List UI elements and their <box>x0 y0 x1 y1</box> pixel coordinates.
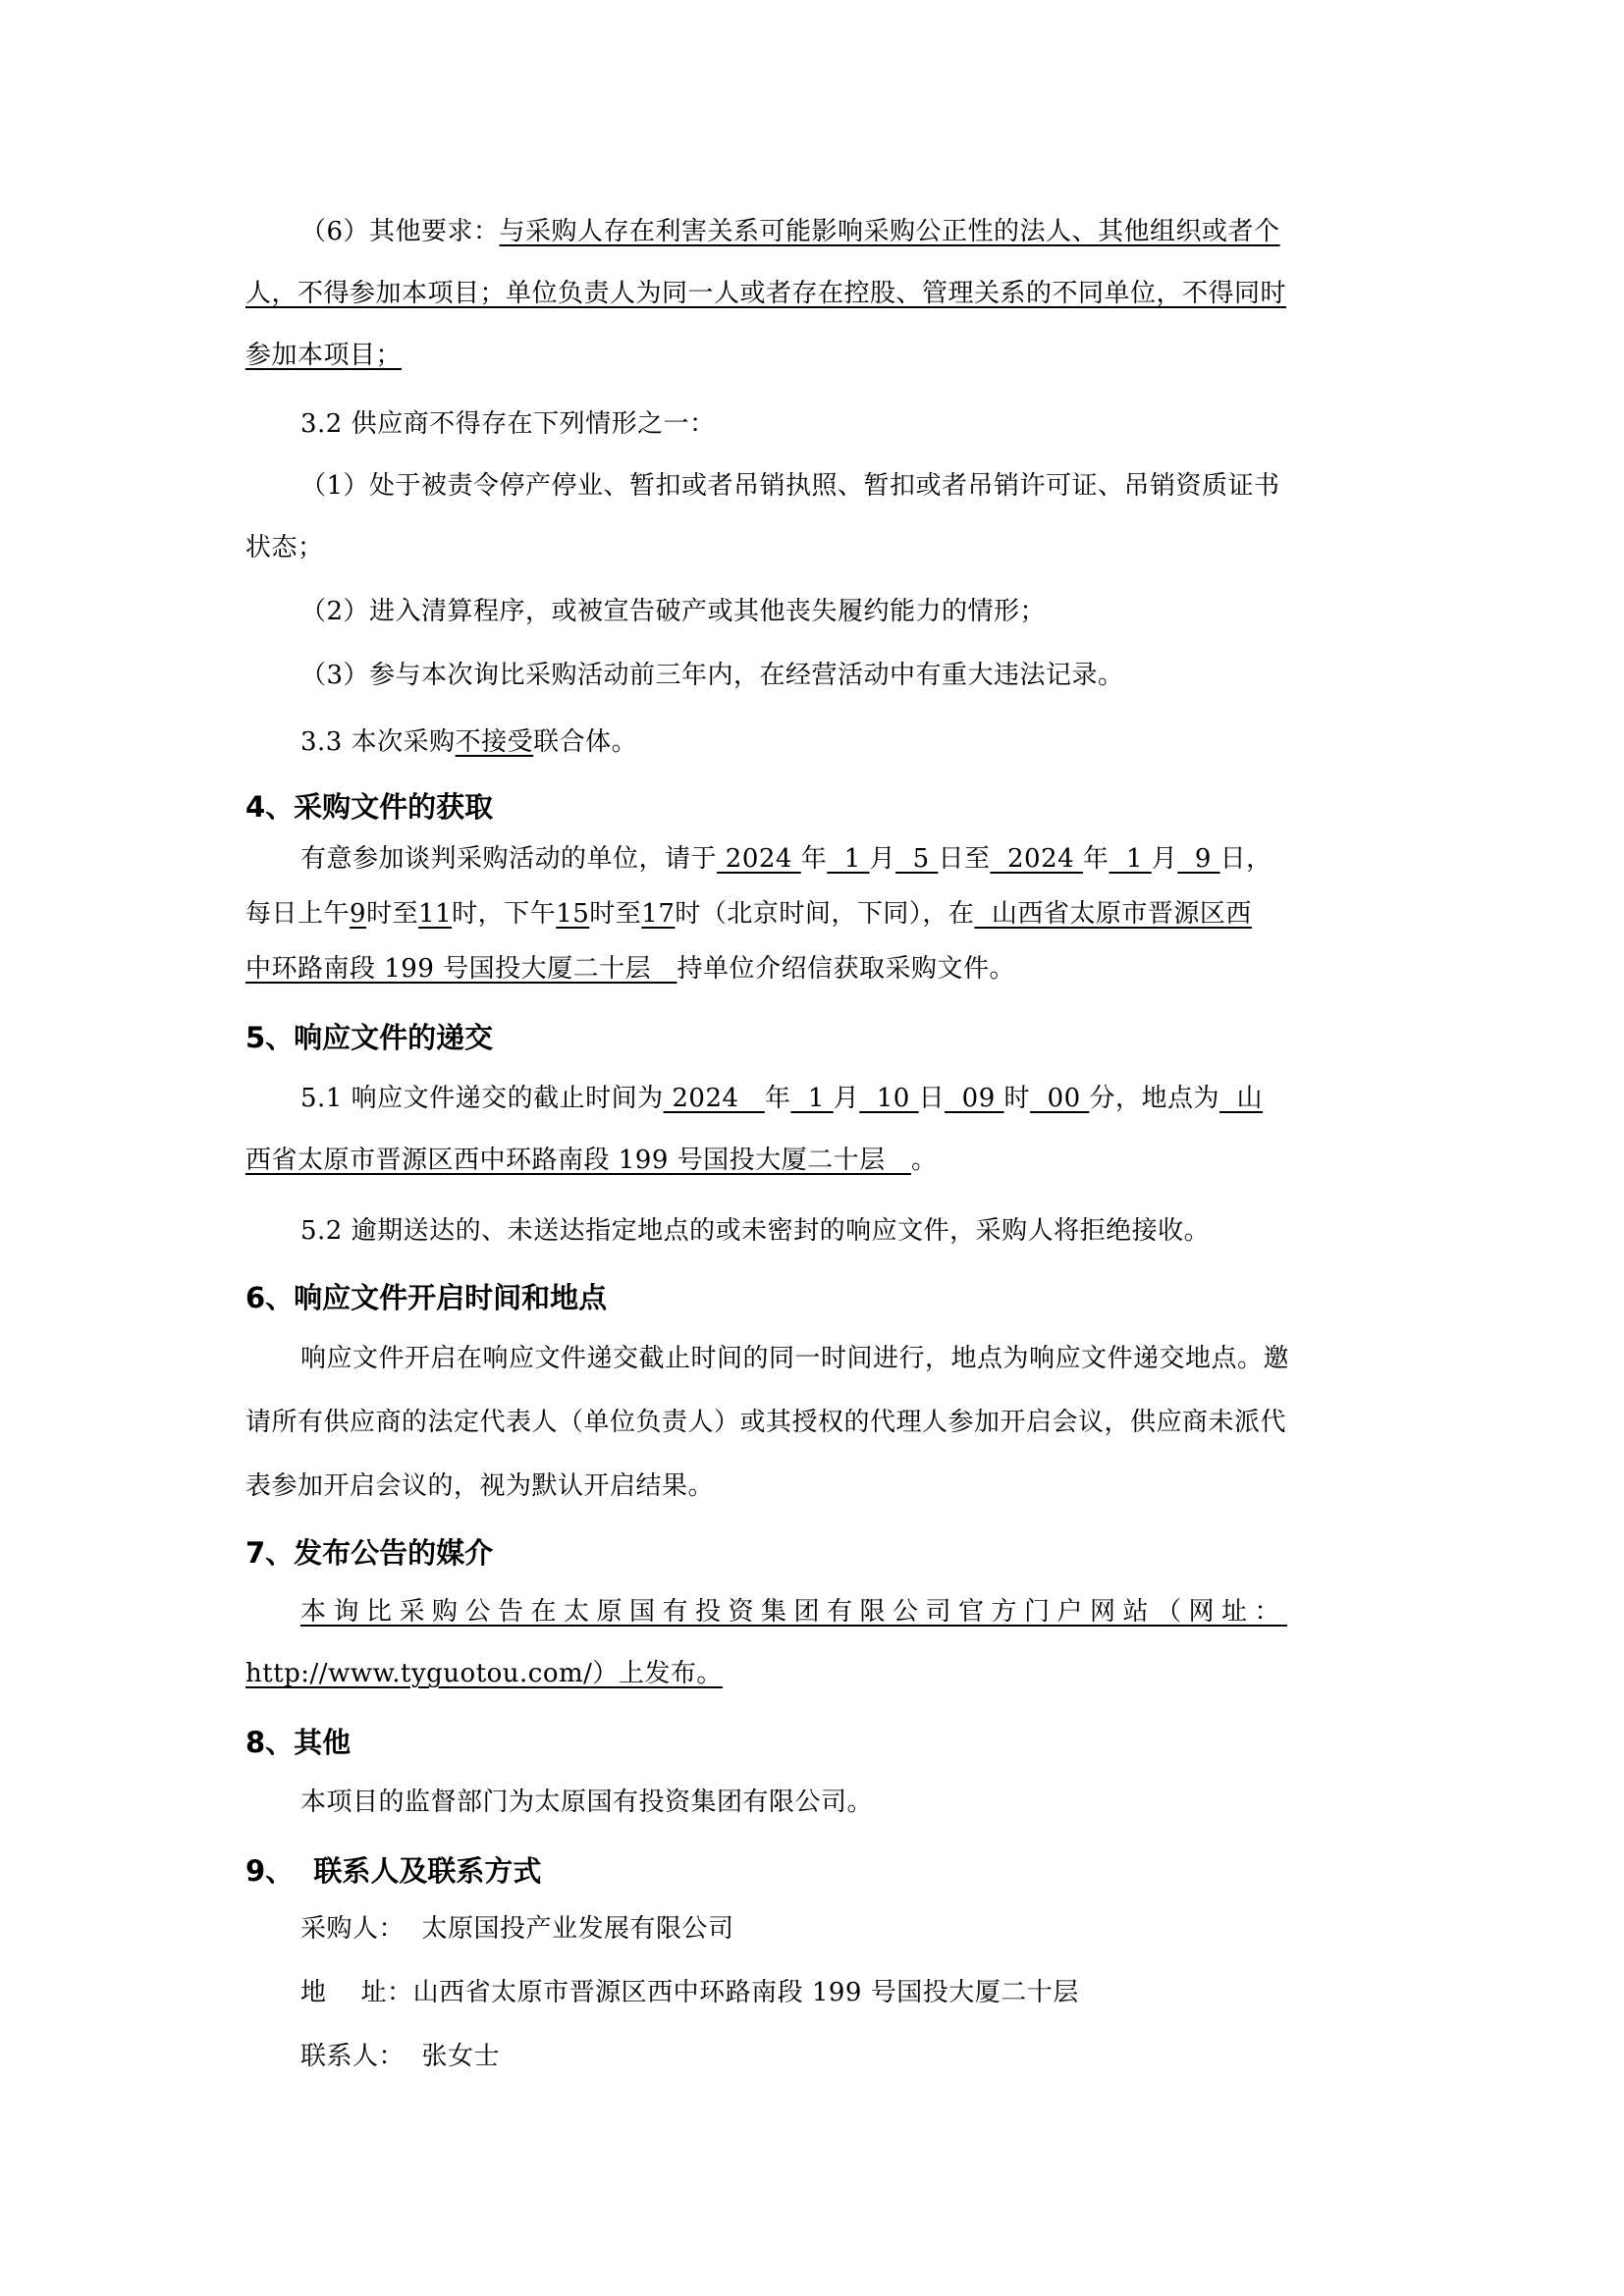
s4-text: 年 <box>801 844 828 874</box>
s4-text: 年 <box>1083 844 1110 874</box>
requirement-6-line-2: 人，不得参加本项目；单位负责人为同一人或者存在控股、管理关系的不同单位，不得同时 <box>245 276 1384 311</box>
deadline-month: 1 <box>790 1084 833 1113</box>
s5-text: 时 <box>1004 1084 1031 1113</box>
purchaser-value: 太原国投产业发展有限公司 <box>422 1914 734 1944</box>
clause-3-3-suffix: 联合体。 <box>533 727 637 757</box>
s4-text: 时（北京时间，下同），在 <box>675 899 974 929</box>
s5-text: 。 <box>911 1146 938 1175</box>
clause-3-2-item-3: （3）参与本次询比采购活动前三年内，在经营活动中有重大违法记录。 <box>300 658 1439 693</box>
section-4-line-1: 有意参加谈判采购活动的单位，请于 2024 年 1 月 5 日至 2024 年 … <box>300 841 1439 877</box>
section-6-line-1: 响应文件开启在响应文件递交截止时间的同一时间进行，地点为响应文件递交地点。邀 <box>300 1341 1439 1376</box>
s5-text: 5.1 响应文件递交的截止时间为 <box>300 1084 664 1113</box>
s4-text: 日至 <box>938 844 990 874</box>
s4-text: 日， <box>1220 844 1272 874</box>
end-day: 9 <box>1177 844 1219 874</box>
s5-text: 年 <box>765 1084 791 1113</box>
am-start-hour: 9 <box>350 899 366 929</box>
section-5-heading: 5、响应文件的递交 <box>245 1019 493 1056</box>
deadline-hour: 09 <box>945 1084 1003 1113</box>
pm-start-hour: 15 <box>556 899 589 929</box>
requirement-6-text: 与采购人存在利害关系可能影响采购公正性的法人、其他组织或者个 <box>500 217 1280 246</box>
purchaser-label: 采购人： <box>300 1914 405 1944</box>
section-9-heading-text: 9、 联系人及联系方式 <box>245 1854 541 1888</box>
publication-notice: 本询比采购公告在太原国有投资集团有限公司官方门户网站（网址： <box>300 1597 1287 1627</box>
clause-5-2: 5.2 逾期送达的、未送达指定地点的或未密封的响应文件，采购人将拒绝接收。 <box>300 1213 1439 1249</box>
clause-3-2-title: 3.2 供应商不得存在下列情形之一： <box>300 406 1439 442</box>
section-5-line-2: 西省太原市晋源区西中环路南段 199 号国投大厦二十层 。 <box>245 1143 1384 1178</box>
section-7-line-1: 本询比采购公告在太原国有投资集团有限公司官方门户网站（网址： <box>300 1594 1439 1629</box>
contact-value: 张女士 <box>422 2042 501 2071</box>
start-year: 2024 <box>717 844 801 874</box>
clause-3-3: 3.3 本次采购不接受联合体。 <box>300 724 1439 760</box>
clause-3-2-item-2: （2）进入清算程序，或被宣告破产或其他丧失履约能力的情形； <box>300 594 1439 629</box>
s4-text: 月 <box>1152 844 1178 874</box>
contact-row: 联系人： 张女士 <box>300 2039 1439 2074</box>
deadline-minute: 00 <box>1030 1084 1089 1113</box>
submission-address: 山 <box>1219 1084 1263 1113</box>
section-9-heading: 9、 联系人及联系方式 <box>245 1852 541 1890</box>
section-7-heading: 7、发布公告的媒介 <box>245 1534 493 1572</box>
s4-text: 时，下午 <box>452 899 556 929</box>
section-6-line-2: 请所有供应商的法定代表人（单位负责人）或其授权的代理人参加开启会议，供应商未派代 <box>245 1405 1384 1440</box>
submission-address-cont: 西省太原市晋源区西中环路南段 199 号国投大厦二十层 <box>245 1146 911 1175</box>
section-7-line-2: http://www.tyguotou.com/）上发布。 <box>245 1656 1384 1691</box>
requirement-6-label: （6）其他要求： <box>300 217 500 246</box>
section-4-heading: 4、采购文件的获取 <box>245 788 493 826</box>
address-row: 地 址：山西省太原市晋源区西中环路南段 199 号国投大厦二十层 <box>300 1975 1439 2010</box>
s5-text: 月 <box>834 1084 860 1113</box>
s4-text: 每日上午 <box>245 899 350 929</box>
end-year: 2024 <box>990 844 1082 874</box>
s4-text: 有意参加谈判采购活动的单位，请于 <box>300 844 717 874</box>
s4-text: 时至 <box>589 899 641 929</box>
section-8-heading: 8、其他 <box>245 1724 351 1761</box>
clause-3-3-underlined: 不接受 <box>456 727 534 757</box>
pm-end-hour: 17 <box>641 899 675 929</box>
requirement-6-text-end: 参加本项目； <box>245 341 402 370</box>
deadline-year: 2024 <box>664 1084 765 1113</box>
requirement-6-line-1: （6）其他要求：与采购人存在利害关系可能影响采购公正性的法人、其他组织或者个 <box>300 214 1439 249</box>
section-8-line-1: 本项目的监督部门为太原国有投资集团有限公司。 <box>300 1785 1439 1820</box>
document-page: （6）其他要求：与采购人存在利害关系可能影响采购公正性的法人、其他组织或者个 人… <box>0 0 1624 2296</box>
clause-3-2-item-1-cont: 状态； <box>245 530 1384 565</box>
address-label: 地 址： <box>300 1978 413 2007</box>
address-value: 山西省太原市晋源区西中环路南段 199 号国投大厦二十层 <box>413 1978 1079 2007</box>
clause-3-3-prefix: 3.3 本次采购 <box>300 727 456 757</box>
s5-text: 日 <box>919 1084 946 1113</box>
website-url[interactable]: http://www.tyguotou.com/）上发布。 <box>245 1659 723 1688</box>
requirement-6-line-3: 参加本项目； <box>245 338 1384 373</box>
s4-text: 月 <box>870 844 896 874</box>
pickup-address: 山西省太原市晋源区西 <box>974 899 1252 929</box>
start-day: 5 <box>895 844 938 874</box>
section-6-line-3: 表参加开启会议的，视为默认开启结果。 <box>245 1468 1384 1504</box>
section-4-line-3: 中环路南段 199 号国投大厦二十层 持单位介绍信获取采购文件。 <box>245 951 1384 987</box>
contact-label: 联系人： <box>300 2042 405 2071</box>
am-end-hour: 11 <box>418 899 452 929</box>
pickup-address-cont: 中环路南段 199 号国投大厦二十层 <box>245 954 677 984</box>
requirement-6-text-cont: 人，不得参加本项目；单位负责人为同一人或者存在控股、管理关系的不同单位，不得同时 <box>245 279 1286 308</box>
start-month: 1 <box>827 844 869 874</box>
end-month: 1 <box>1109 844 1151 874</box>
deadline-day: 10 <box>859 1084 918 1113</box>
s5-text: 分，地点为 <box>1089 1084 1219 1113</box>
section-5-line-1: 5.1 响应文件递交的截止时间为 2024 年 1 月 10 日 09 时 00… <box>300 1081 1439 1116</box>
section-4-line-2: 每日上午9时至11时，下午15时至17时（北京时间，下同），在 山西省太原市晋源… <box>245 896 1384 932</box>
s4-text: 持单位介绍信获取采购文件。 <box>677 954 1015 984</box>
clause-3-2-item-1: （1）处于被责令停产停业、暂扣或者吊销执照、暂扣或者吊销许可证、吊销资质证书 <box>300 468 1439 504</box>
s4-text: 时至 <box>366 899 418 929</box>
purchaser-row: 采购人： 太原国投产业发展有限公司 <box>300 1911 1439 1947</box>
section-6-heading: 6、响应文件开启时间和地点 <box>245 1279 607 1316</box>
